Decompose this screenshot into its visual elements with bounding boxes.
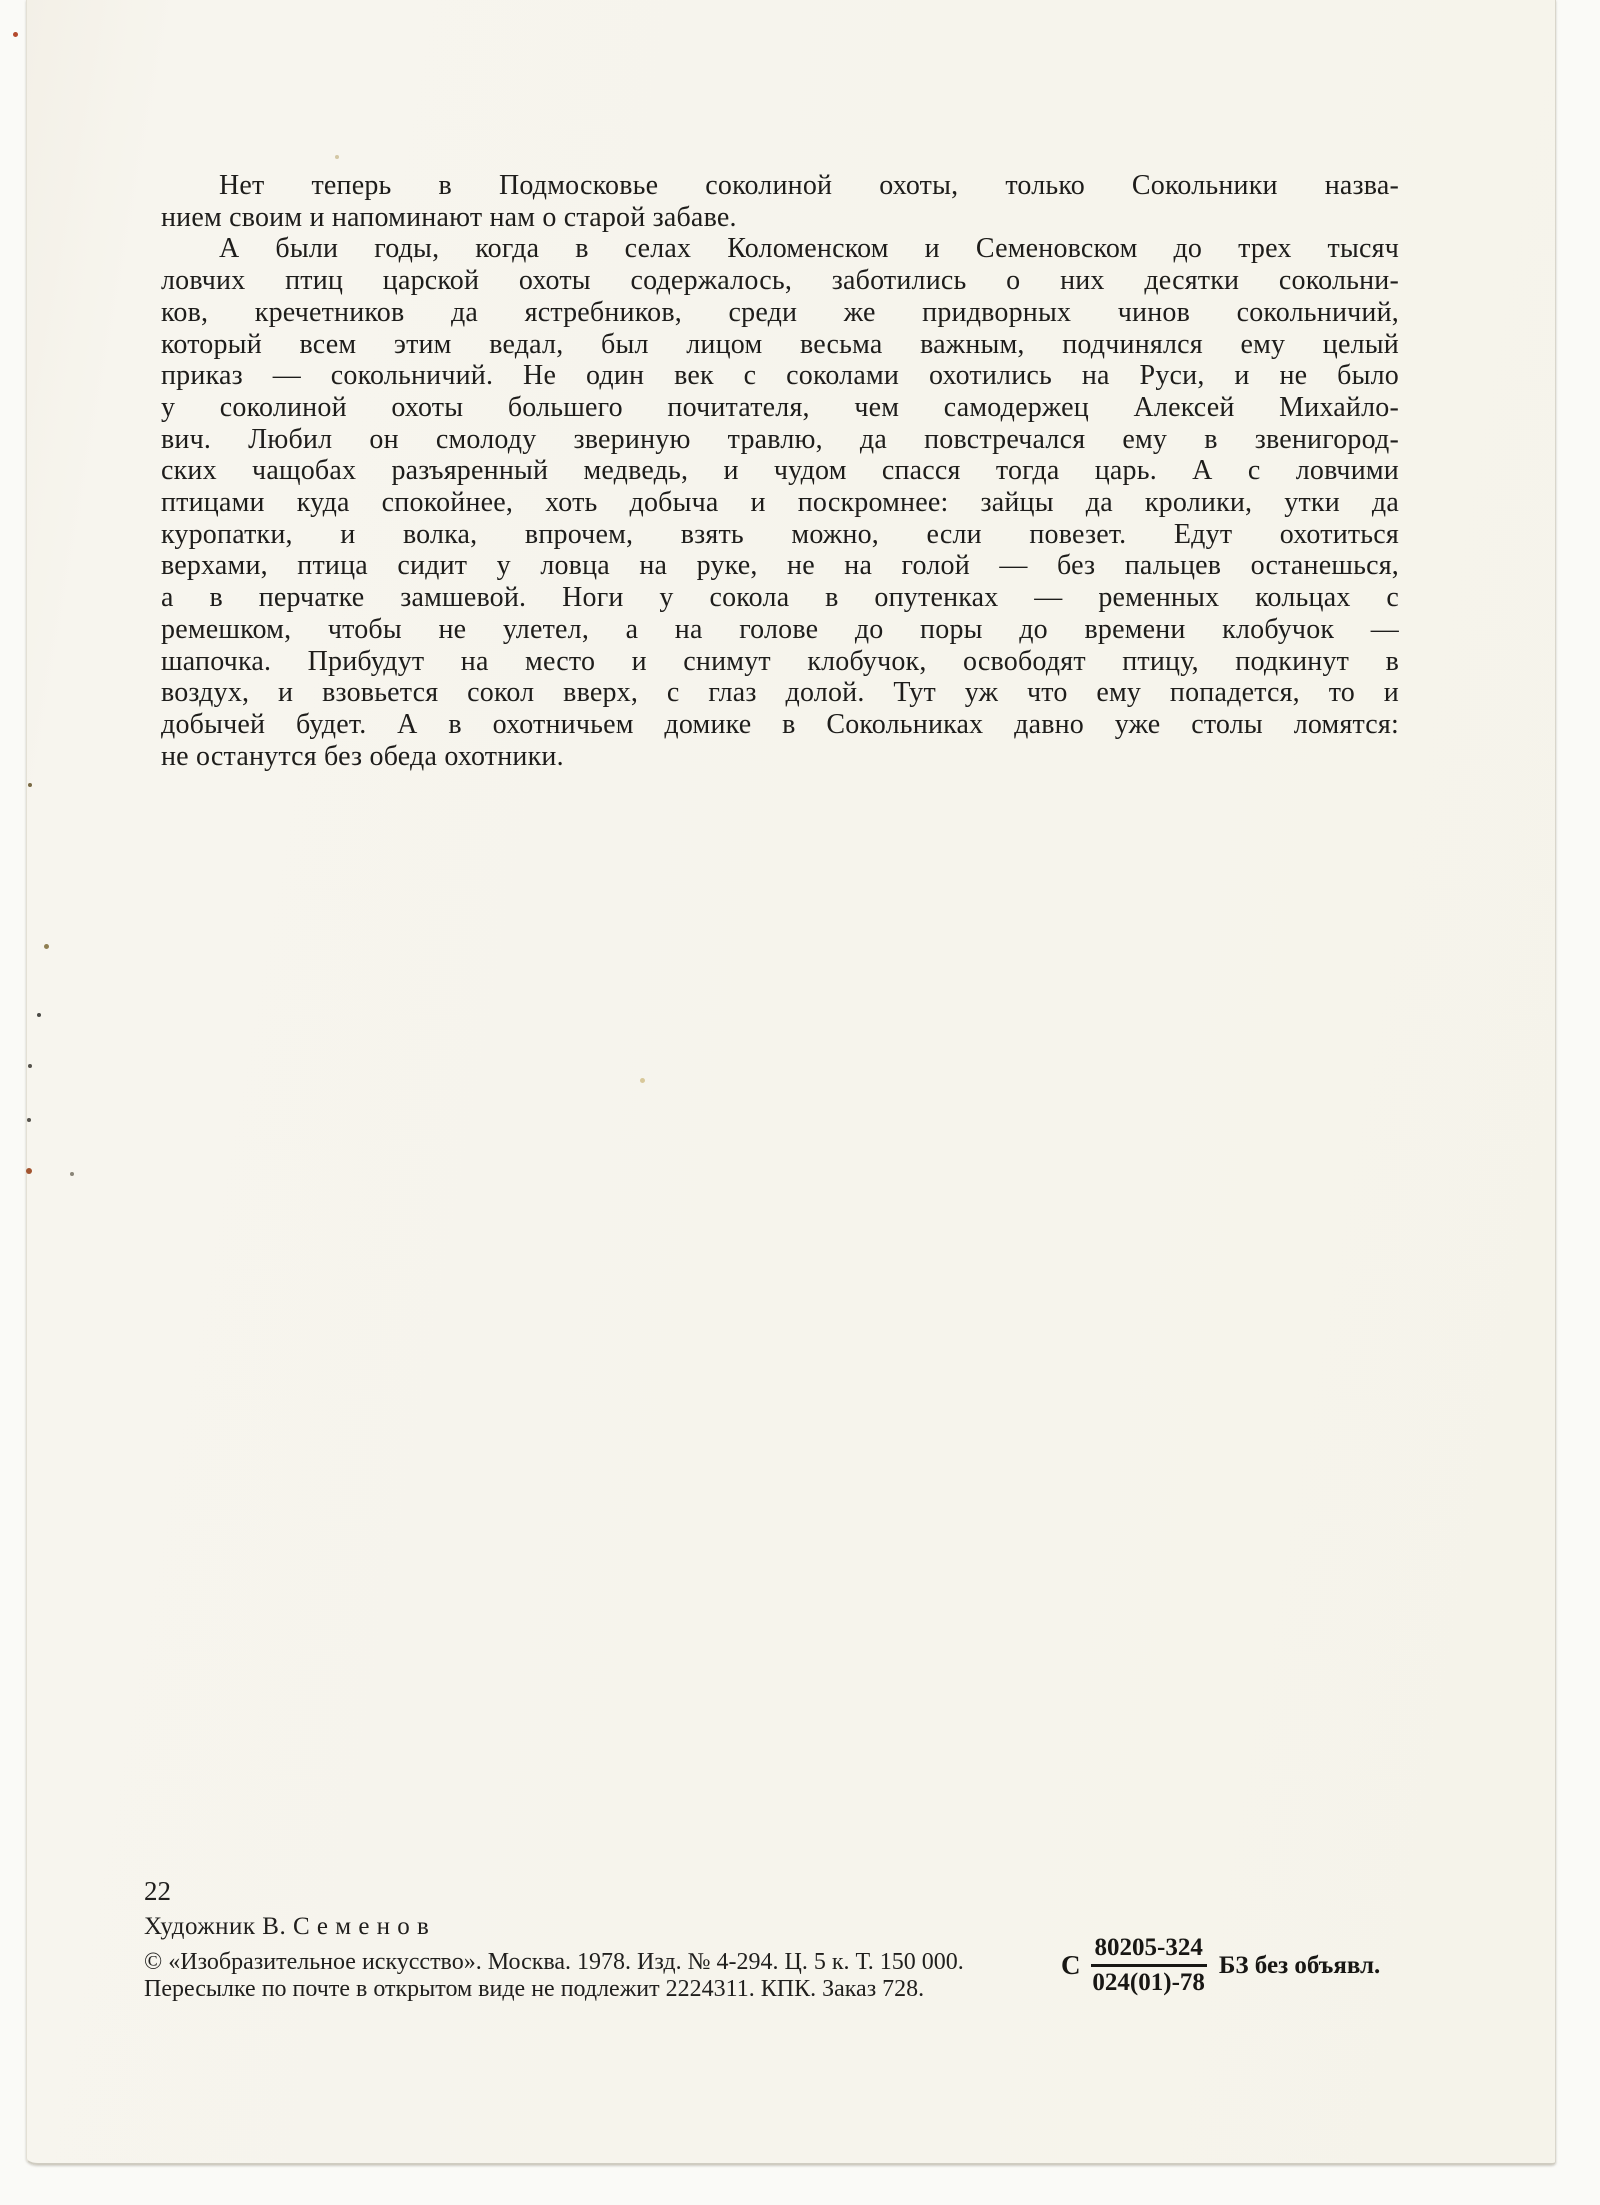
- index-prefix: С: [1061, 1950, 1081, 1981]
- text-line: куропатки, и волка, впрочем, взять можно…: [161, 519, 1399, 551]
- scan-speck: [70, 1172, 74, 1176]
- text-line: у соколиной охоты большего почитателя, ч…: [161, 392, 1399, 424]
- scan-speck: [44, 944, 49, 949]
- text-line: верхами, птица сидит у ловца на руке, не…: [161, 550, 1399, 582]
- text-line: приказ — сокольничий. Не один век с соко…: [161, 360, 1399, 392]
- page-paper: Нет теперь в Подмосковье соколиной охоты…: [26, 0, 1556, 2165]
- text-line: добычей будет. А в охотничьем домике в С…: [161, 709, 1399, 741]
- catalog-index: С 80205-324 024(01)-78 БЗ без объявл.: [1061, 1934, 1380, 1997]
- index-denominator: 024(01)-78: [1091, 1967, 1207, 1997]
- artist-credit: Художник В. С е м е н о в: [144, 1913, 964, 1941]
- text-line: который всем этим ведал, был лицом весьм…: [161, 329, 1399, 361]
- text-line: ремешком, чтобы не улетел, а на голове д…: [161, 614, 1399, 646]
- text-line: ловчих птиц царской охоты содержалось, з…: [161, 265, 1399, 297]
- text-line: А были годы, когда в селах Коломенском и…: [161, 233, 1399, 265]
- text-line: ских чащобах разъяренный медведь, и чудо…: [161, 455, 1399, 487]
- scan-speck: [13, 32, 18, 37]
- text-line: ков, кречетников да ястребников, среди ж…: [161, 297, 1399, 329]
- text-line: шапочка. Прибудут на место и снимут клоб…: [161, 646, 1399, 678]
- scan-speck: [640, 1078, 645, 1083]
- imprint-line-2: Пересылке по почте в открытом виде не по…: [144, 1976, 964, 2002]
- scan-speck: [335, 155, 339, 159]
- page-footer: 22 Художник В. С е м е н о в © «Изобрази…: [144, 1876, 964, 2002]
- text-line: нием своим и напоминают нам о старой заб…: [161, 202, 1399, 234]
- index-suffix: БЗ без объявл.: [1219, 1952, 1380, 1980]
- text-line: Нет теперь в Подмосковье соколиной охоты…: [161, 170, 1399, 202]
- scanned-page: { "document": { "body": { "lines": [ {"t…: [0, 0, 1600, 2205]
- scan-speck: [26, 1168, 32, 1174]
- imprint-line-1: © «Изобразительное искусство». Москва. 1…: [144, 1949, 964, 1975]
- text-line: птицами куда спокойнее, хоть добыча и по…: [161, 487, 1399, 519]
- page-number: 22: [144, 1876, 964, 1906]
- body-text: Нет теперь в Подмосковье соколиной охоты…: [161, 170, 1399, 772]
- text-line: не останутся без обеда охотники.: [161, 741, 1399, 773]
- text-line: воздух, и взовьется сокол вверх, с глаз …: [161, 677, 1399, 709]
- index-numerator: 80205-324: [1091, 1934, 1207, 1967]
- text-line: вич. Любил он смолоду звериную травлю, д…: [161, 424, 1399, 456]
- scan-speck: [28, 1064, 32, 1068]
- scan-speck: [27, 1118, 31, 1122]
- index-fraction: 80205-324 024(01)-78: [1091, 1934, 1207, 1997]
- scan-speck: [37, 1013, 41, 1017]
- scan-speck: [28, 783, 32, 787]
- text-line: а в перчатке замшевой. Ноги у сокола в о…: [161, 582, 1399, 614]
